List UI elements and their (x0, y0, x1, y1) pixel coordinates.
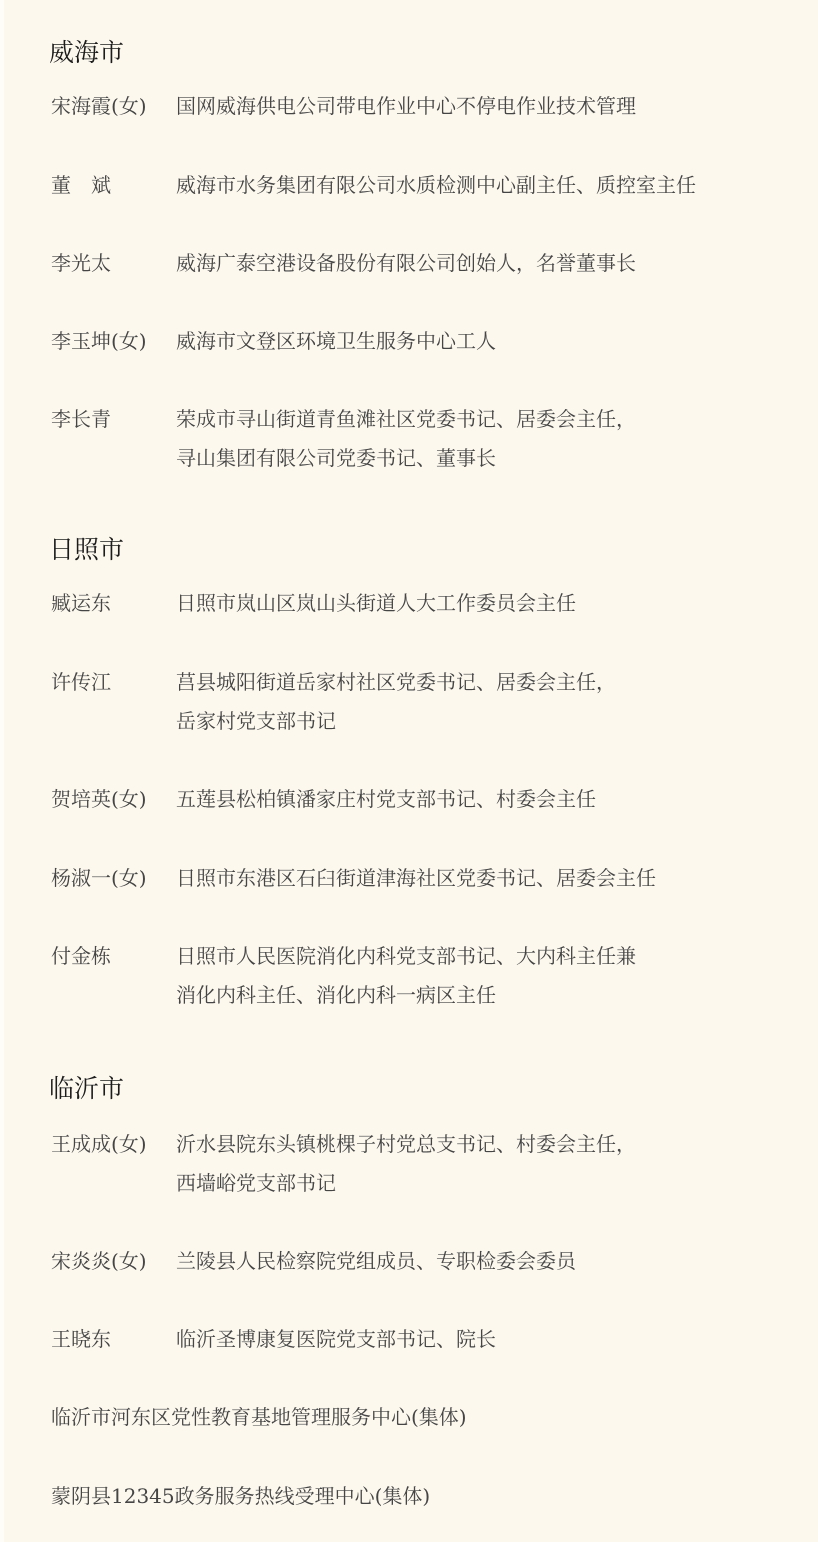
section-title-rizhao: 日照市 (49, 535, 124, 565)
person-role: 日照市岚山区岚山头街道人大工作委员会主任 (176, 584, 576, 623)
person-name: 王晓东 (51, 1320, 171, 1359)
collective-item: 临沂市河东区党性教育基地管理服务中心(集体) (51, 1398, 467, 1437)
person-name: 贺培英(女) (51, 780, 171, 819)
person-name: 李玉坤(女) (51, 322, 171, 361)
person-name: 李光太 (51, 244, 171, 283)
person-name: 付金栋 (51, 937, 171, 976)
person-name: 王成成(女) (51, 1125, 171, 1164)
person-role: 威海广泰空港设备股份有限公司创始人，名誉董事长 (176, 244, 636, 283)
person-role: 沂水县院东头镇桃棵子村党总支书记、村委会主任， 西墙峪党支部书记 (176, 1125, 636, 1203)
section-title-weihai: 威海市 (49, 38, 124, 68)
person-role: 荣成市寻山街道青鱼滩社区党委书记、居委会主任， 寻山集团有限公司党委书记、董事长 (176, 400, 636, 478)
person-name: 董 斌 (51, 166, 171, 205)
page-edge (0, 0, 4, 1542)
person-role: 日照市东港区石臼街道津海社区党委书记、居委会主任 (176, 859, 656, 898)
collective-item: 蒙阴县12345政务服务热线受理中心(集体) (51, 1477, 430, 1516)
person-name: 臧运东 (51, 584, 171, 623)
person-role: 威海市水务集团有限公司水质检测中心副主任、质控室主任 (176, 166, 696, 205)
section-title-linyi: 临沂市 (49, 1074, 124, 1104)
person-role: 日照市人民医院消化内科党支部书记、大内科主任兼 消化内科主任、消化内科一病区主任 (176, 937, 636, 1015)
person-role: 兰陵县人民检察院党组成员、专职检委会委员 (176, 1242, 576, 1281)
person-name: 李长青 (51, 400, 171, 439)
person-name: 杨淑一(女) (51, 859, 171, 898)
person-role: 国网威海供电公司带电作业中心不停电作业技术管理 (176, 87, 636, 126)
person-name: 许传江 (51, 663, 171, 702)
person-role: 威海市文登区环境卫生服务中心工人 (176, 322, 496, 361)
person-role: 临沂圣博康复医院党支部书记、院长 (176, 1320, 496, 1359)
person-name: 宋炎炎(女) (51, 1242, 171, 1281)
person-name: 宋海霞(女) (51, 87, 171, 126)
person-role: 莒县城阳街道岳家村社区党委书记、居委会主任， 岳家村党支部书记 (176, 663, 616, 741)
person-role: 五莲县松柏镇潘家庄村党支部书记、村委会主任 (176, 780, 596, 819)
